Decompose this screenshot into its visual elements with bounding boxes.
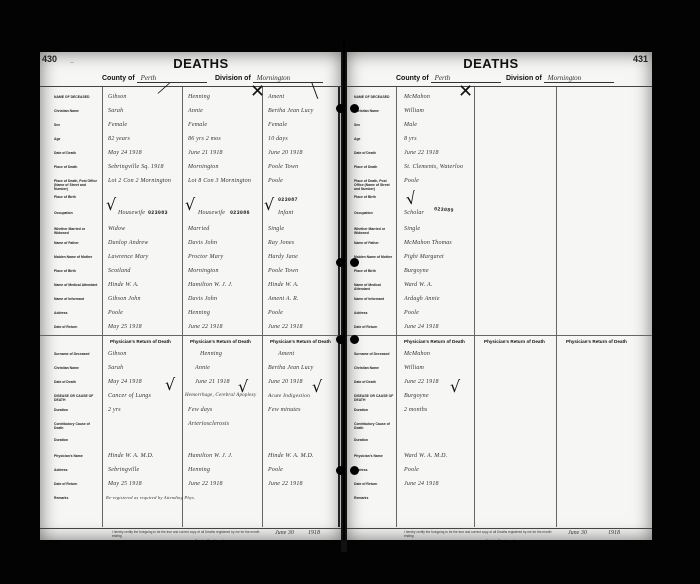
row-residence: Place of Death, Post Office (Name of Str… [346, 176, 652, 188]
row-christian: Christian Name Sarah Annie Bertha Jean L… [40, 106, 342, 118]
phys-row-address: Address Sebringville Henning Poole [40, 465, 342, 477]
registrar-title: Division Registrar of [195, 539, 255, 540]
binding-hole [336, 466, 345, 475]
division-label: Division of [215, 75, 251, 82]
phys-row-contributing: Contributory Cause of Death [346, 419, 652, 431]
row-sex: Sex Male [346, 120, 652, 132]
tick-mark-icon: √ [165, 377, 175, 393]
row-cause-informant: Place of Birth Burgoyne [346, 266, 652, 278]
binding-hole [350, 466, 359, 475]
phys-row-date: Date of Death June 22 1918 [346, 377, 652, 389]
phys-row-cause: DISEASE OR CAUSE OF DEATH Cancer of Lung… [40, 391, 342, 403]
binding-hole [350, 258, 359, 267]
county-label: County of [102, 75, 135, 82]
phys-row-address: Address Poole [346, 465, 652, 477]
left-page: 430 — DEATHS County of Perth Division of… [40, 52, 342, 540]
row-date-registered: Date of Return May 25 1918 June 22 1918 … [40, 322, 342, 334]
row-medical-attendant: Name of Medical Attendant Hinde W. A. Ha… [40, 280, 342, 292]
row-date-registered: Date of Return June 24 1918 [346, 322, 652, 334]
tick-mark-icon: √ [264, 197, 274, 213]
physician-return-header: Physician's Return of Death [270, 339, 331, 344]
row-place-of-birth: Place of Birth [346, 192, 652, 204]
registrar-title: Division Registrar of [486, 539, 546, 540]
row-mother: Maiden Name of Mother Lawrence Mary Proc… [40, 252, 342, 264]
row-birthplace: Place of Birth Scotland Mornington Poole… [40, 266, 342, 278]
page-title: DEATHS [50, 56, 342, 71]
death-records-grid: ⟋ ✕ ⟍ NAME OF DECEASED Gibson Henning Am… [40, 87, 342, 527]
row-marital: Whether Married or Widowed Widow Married… [40, 224, 342, 236]
phys-row-remarks: Remarks Re-registered as required by Att… [40, 493, 342, 505]
certification-year: 1918 [608, 530, 620, 536]
section-divider [346, 335, 652, 336]
binding-hole [336, 335, 345, 344]
row-father: Name of Father McMahon Thomas [346, 238, 652, 250]
row-informant: Name of Informant Ardagh Annie [346, 294, 652, 306]
county-field: County of Perth [102, 74, 207, 83]
phys-row-physician: Physician's Name Ward W. A. M.D. [346, 451, 652, 463]
phys-row-surname: Surname of Deceased McMahon [346, 349, 652, 361]
row-name: NAME OF DECEASED Gibson Henning Ament [40, 92, 342, 104]
phys-row-remarks: Remarks [346, 493, 652, 505]
row-date-of-death: Date of Death June 22 1918 [346, 148, 652, 160]
tick-mark-icon: √ [238, 379, 248, 395]
certification-year: 1918 [308, 530, 320, 536]
tick-mark-icon: √ [450, 379, 460, 395]
registration-stamp: 023086 [230, 210, 250, 216]
division-value: Mornington [544, 74, 614, 83]
county-value: Perth [137, 74, 207, 83]
row-occupation: Occupation Scholar [346, 208, 652, 220]
physician-return-header: Physician's Return of Death [484, 339, 545, 344]
certification-text: I hereby certify the foregoing to be the… [112, 530, 262, 538]
row-informant-address: Address Poole [346, 308, 652, 320]
page-title: DEATHS [346, 56, 644, 71]
phys-row-date: Date of Death May 24 1918 June 21 1918 J… [40, 377, 342, 389]
phys-row-contributing: Contributory Cause of Death Arterioscler… [40, 419, 342, 431]
phys-row-cause: DISEASE OR CAUSE OF DEATH Burgoyne [346, 391, 652, 403]
registration-stamp: 023089 [434, 206, 454, 213]
phys-row-christian: Christian Name William [346, 363, 652, 375]
registration-stamp: 023087 [278, 197, 298, 203]
row-sex: Sex Female Female Female [40, 120, 342, 132]
physician-return-header: Physician's Return of Death [190, 339, 251, 344]
tick-mark-icon: √ [185, 197, 195, 213]
physician-return-header: Physician's Return of Death [404, 339, 465, 344]
tick-mark-icon: √ [312, 379, 322, 395]
row-father: Name of Father Dunlop Andrew Davis John … [40, 238, 342, 250]
binding-hole [350, 104, 359, 113]
division-field: Division of Mornington [215, 74, 323, 83]
right-page: 431 DEATHS County of Perth Division of M… [346, 52, 652, 540]
row-informant-address: Address Poole Henning Poole [40, 308, 342, 320]
certification-month: June 30 [275, 530, 294, 536]
certification-month: June 30 [568, 530, 587, 536]
death-records-grid: ✕ NAME OF DECEASED McMahon Christian Nam… [346, 87, 652, 527]
division-label: Division of [506, 75, 542, 82]
binding-hole [336, 258, 345, 267]
binding-hole [350, 335, 359, 344]
row-name: NAME OF DECEASED McMahon [346, 92, 652, 104]
footer-divider [40, 528, 342, 529]
binding-line [343, 40, 345, 540]
row-christian: Christian Name William [346, 106, 652, 118]
county-label: County of [396, 75, 429, 82]
physician-return-header: Physician's Return of Death [110, 339, 171, 344]
row-mother: Maiden Name of Mother Pighi Margaret [346, 252, 652, 264]
division-field: Division of Mornington [506, 74, 614, 83]
certification-text: I hereby certify the foregoing to be the… [404, 530, 554, 538]
phys-row-date-return: Date of Return June 24 1918 [346, 479, 652, 491]
registration-stamp: 023083 [148, 210, 168, 216]
row-marital: Whether Married or Widowed Single [346, 224, 652, 236]
row-residence: Place of Death, Post Office (Name of Str… [40, 176, 342, 188]
row-place-of-death: Place of Death St. Clements, Waterloo [346, 162, 652, 174]
row-medical-attendant: Name of Medical Attendant Ward W. A. [346, 280, 652, 292]
tick-mark-icon: √ [106, 197, 116, 213]
scanned-register-spread: 430 — DEATHS County of Perth Division of… [0, 0, 700, 584]
phys-row-duration: Duration 2 months [346, 405, 652, 417]
row-age: Age 8 yrs [346, 134, 652, 146]
phys-row-duration-2: Duration [346, 435, 652, 447]
phys-row-duration-2: Duration [40, 435, 342, 447]
phys-row-physician: Physician's Name Hinde W. A. M.D. Hamilt… [40, 451, 342, 463]
phys-row-surname: Surname of Deceased Gibson Henning Ament [40, 349, 342, 361]
phys-row-duration: Duration 2 yrs Few days Few minutes [40, 405, 342, 417]
row-informant: Name of Informant Gibson John Davis John… [40, 294, 342, 306]
phys-row-christian: Christian Name Sarah Annie Bertha Jean L… [40, 363, 342, 375]
row-age: Age 82 years 86 yrs 2 mos 10 days [40, 134, 342, 146]
footer-divider [346, 528, 652, 529]
row-place-of-death: Place of Death Sebringville Sq. 1918 Mor… [40, 162, 342, 174]
row-date-of-death: Date of Death May 24 1918 June 21 1918 J… [40, 148, 342, 160]
binding-hole [336, 104, 345, 113]
section-divider [40, 335, 342, 336]
physician-return-header: Physician's Return of Death [566, 339, 627, 344]
county-field: County of Perth [396, 74, 501, 83]
phys-row-date-return: Date of Return May 25 1918 June 22 1918 … [40, 479, 342, 491]
